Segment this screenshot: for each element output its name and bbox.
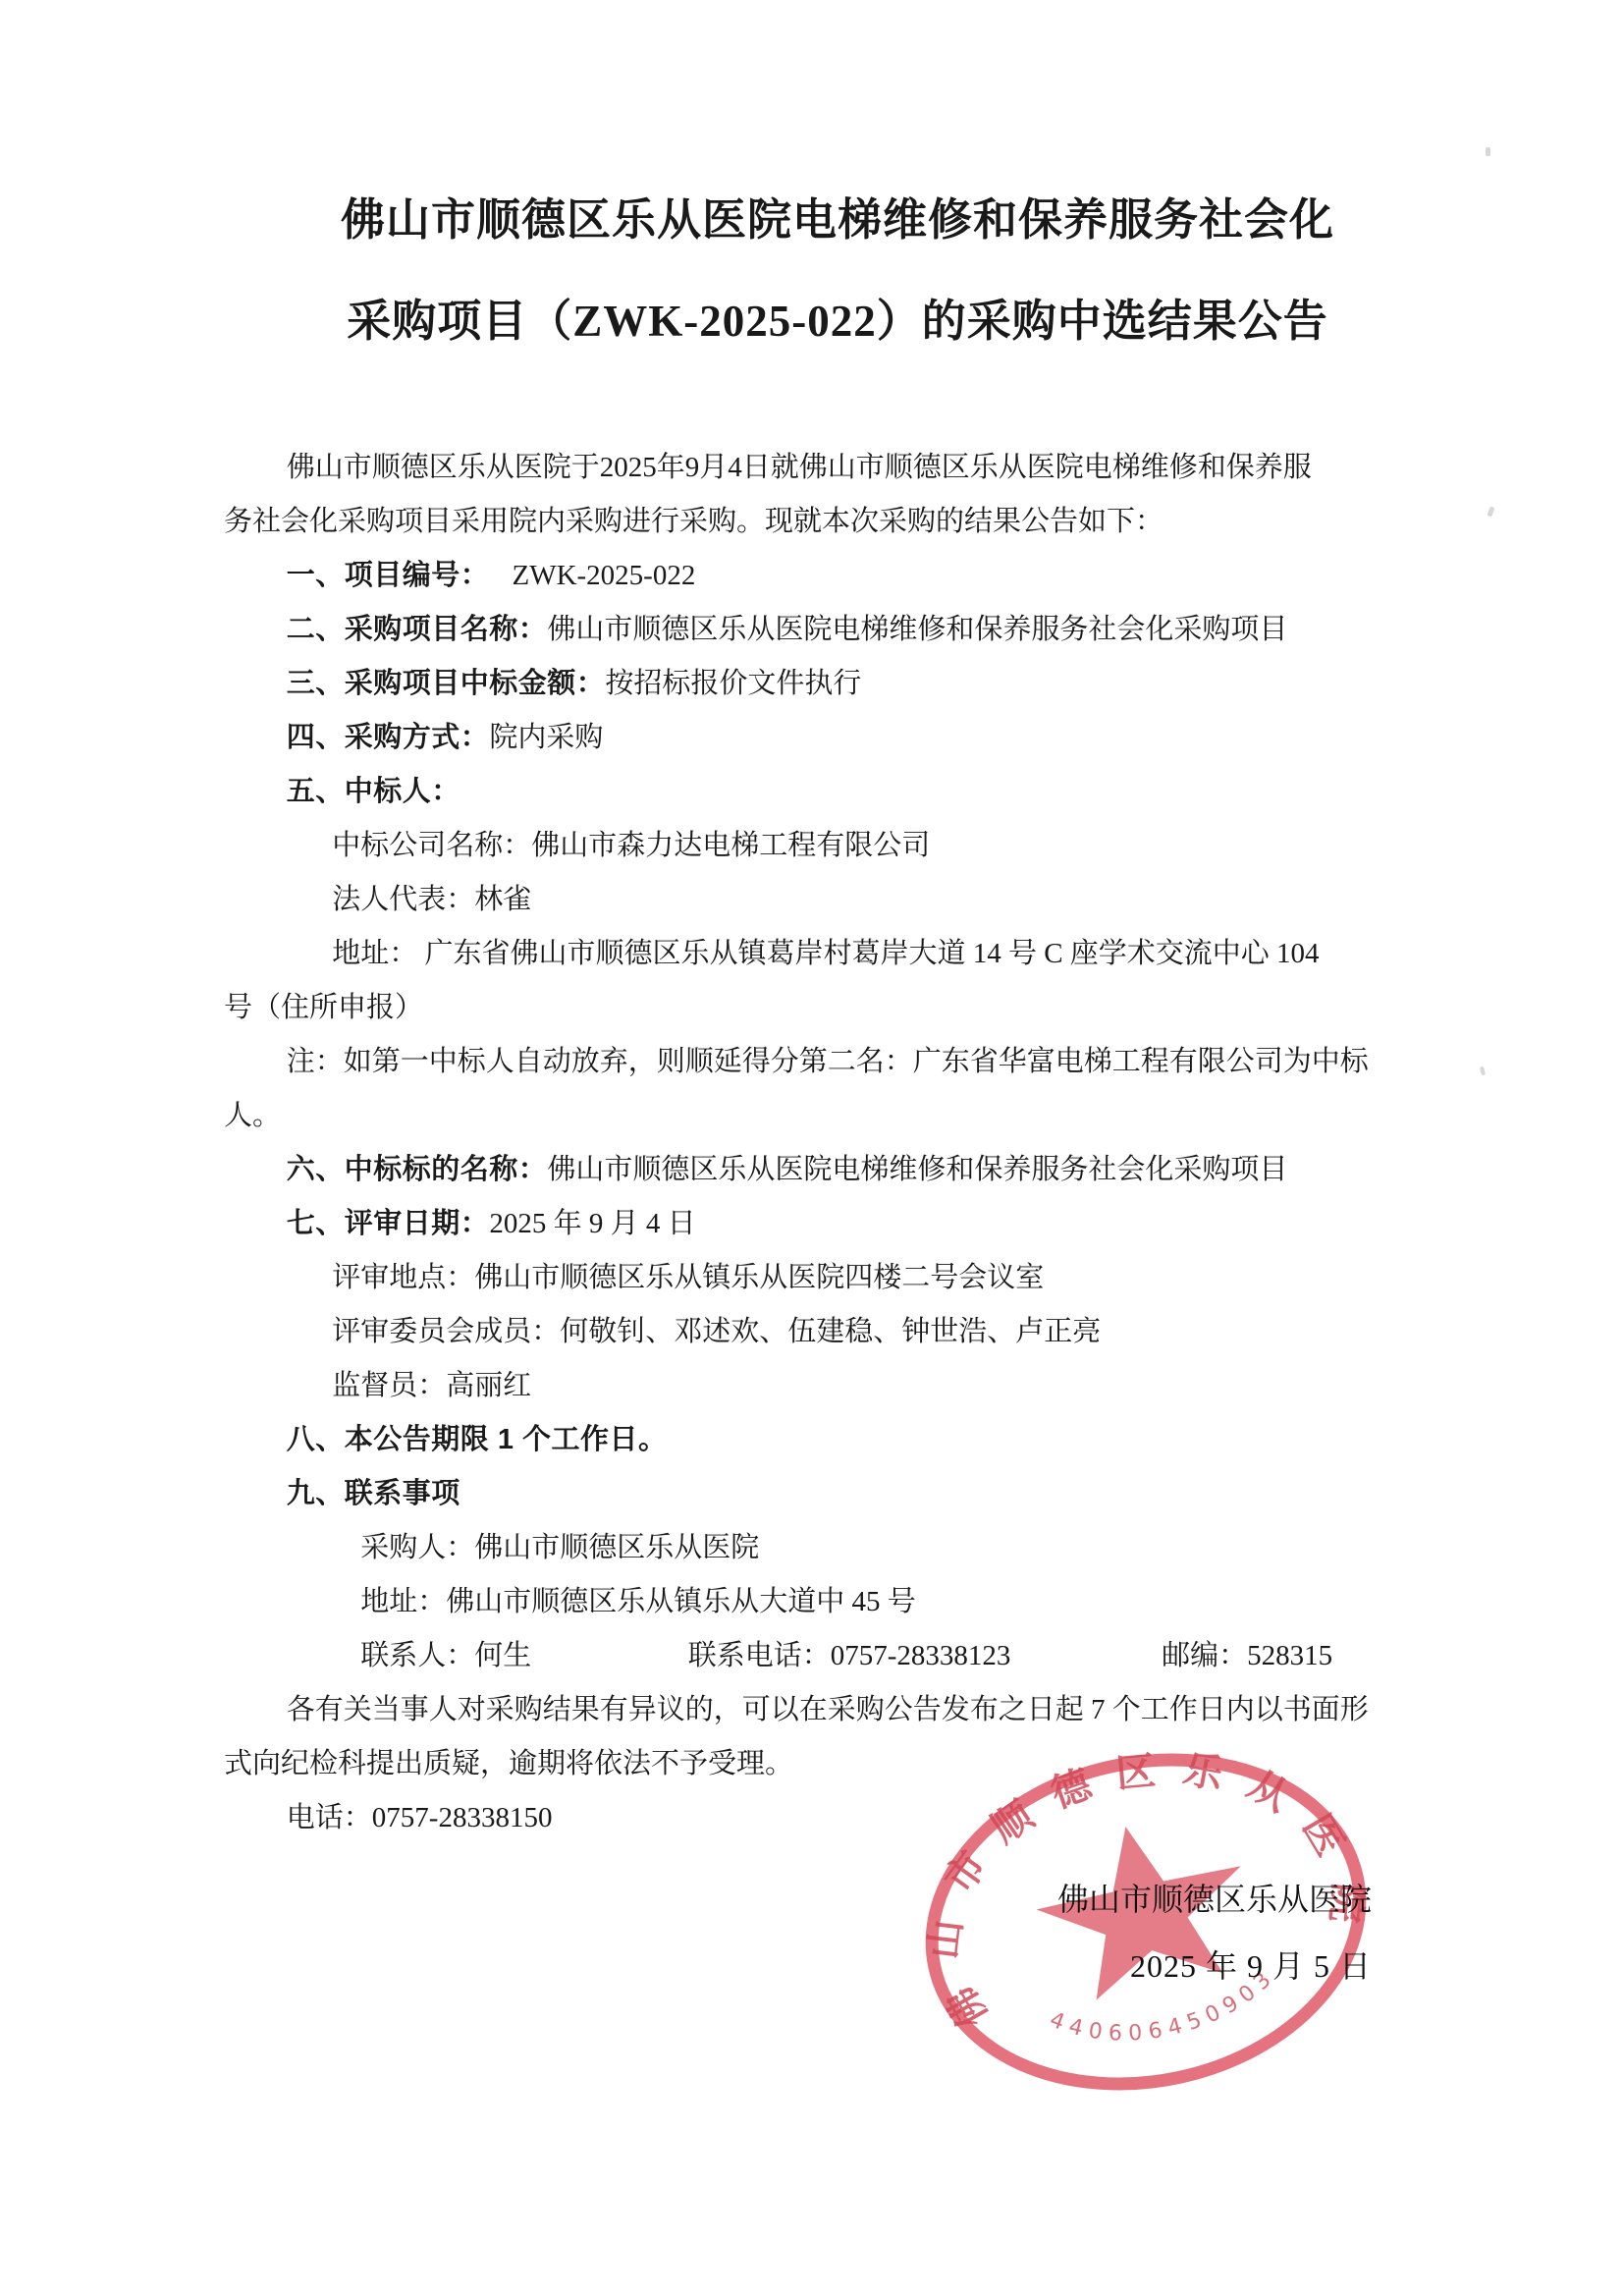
field-value: 按招标报价文件执行 [605,668,861,699]
doc-line: 务社会化采购项目采用院内采购进行采购。现就本次采购的结果公告如下： [224,495,1451,549]
field-value: 法人代表：林雀 [332,884,531,915]
field-value: 电话：0757-28338150 [287,1802,553,1833]
field-value: 注：如第一中标人自动放弃，则顺延得分第二名：广东省华富电梯工程有限公司为中标 [287,1046,1369,1077]
doc-line: 号（住所申报） [224,981,1451,1035]
document-page: 佛山市顺德区乐从医院电梯维修和保养服务社会化 采购项目（ZWK-2025-022… [0,0,1623,2296]
field-value: 佛山市顺德区乐从医院电梯维修和保养服务社会化采购项目 [547,614,1287,645]
doc-line: 地址： 广东省佛山市顺德区乐从镇葛岸村葛岸大道 14 号 C 座学术交流中心 1… [224,927,1451,981]
field-value: 号（住所申报） [224,992,423,1023]
field-value: 联系人：何生 [360,1640,531,1671]
field-value: 评审委员会成员：何敬钊、邓述欢、伍建稳、钟世浩、卢正亮 [332,1316,1101,1347]
field-value: 邮编：528315 [1162,1640,1332,1671]
signature-org: 佛山市顺德区乐从医院 [1057,1882,1372,1917]
field-label: 四、采购方式： [287,722,490,753]
document-body: 佛山市顺德区乐从医院于2025年9月4日就佛山市顺德区乐从医院电梯维修和保养服务… [224,441,1451,1845]
doc-line: 七、评审日期：2025 年 9 月 4 日 [224,1197,1451,1251]
doc-line: 四、采购方式：院内采购 [224,711,1451,765]
doc-line: 中标公司名称：佛山市森力达电梯工程有限公司 [224,819,1451,873]
scan-artifact [1487,506,1494,517]
field-label: 二、采购项目名称： [287,614,548,645]
doc-line: 人。 [224,1089,1451,1143]
field-label: 六、中标标的名称： [287,1154,548,1185]
field-label: 一、项目编号： [287,560,490,591]
signature-block: 佛山市顺德区乐从医院 2025 年 9 月 5 日 [1057,1882,1372,1984]
scan-artifact [1486,147,1490,156]
field-value: ZWK-2025-022 [513,560,696,591]
field-value: 务社会化采购项目采用院内采购进行采购。现就本次采购的结果公告如下： [224,506,1163,537]
doc-line: 地址：佛山市顺德区乐从镇乐从大道中 45 号 [224,1575,1451,1629]
doc-line: 一、项目编号：ZWK-2025-022 [224,549,1451,603]
signature-date: 2025 年 9 月 5 日 [1057,1948,1372,1984]
doc-line: 评审委员会成员：何敬钊、邓述欢、伍建稳、钟世浩、卢正亮 [224,1305,1451,1359]
field-value: 佛山市顺德区乐从医院电梯维修和保养服务社会化采购项目 [547,1154,1287,1185]
doc-line: 佛山市顺德区乐从医院于2025年9月4日就佛山市顺德区乐从医院电梯维修和保养服 [224,441,1451,495]
doc-line: 采购人：佛山市顺德区乐从医院 [224,1521,1451,1575]
field-label: 七、评审日期： [287,1208,490,1239]
field-value: 式向纪检科提出质疑，逾期将依法不予受理。 [224,1748,793,1779]
doc-line: 监督员：高丽红 [224,1359,1451,1413]
field-value: 人。 [224,1100,281,1131]
doc-line: 三、采购项目中标金额：按招标报价文件执行 [224,657,1451,711]
document-title-line-2: 采购项目（ZWK-2025-022）的采购中选结果公告 [224,293,1451,350]
doc-line: 六、中标标的名称：佛山市顺德区乐从医院电梯维修和保养服务社会化采购项目 [224,1143,1451,1197]
doc-line: 法人代表：林雀 [224,873,1451,927]
doc-line: 评审地点：佛山市顺德区乐从镇乐从医院四楼二号会议室 [224,1251,1451,1305]
field-value: 2025 年 9 月 4 日 [489,1208,695,1239]
field-value: 联系电话：0757-28338123 [688,1640,1011,1671]
field-value: 院内采购 [489,722,603,753]
field-value: 评审地点：佛山市顺德区乐从镇乐从医院四楼二号会议室 [332,1262,1044,1293]
field-value: 地址： 广东省佛山市顺德区乐从镇葛岸村葛岸大道 14 号 C 座学术交流中心 1… [332,938,1319,969]
field-value: 各有关当事人对采购结果有异议的，可以在采购公告发布之日起 7 个工作日内以书面形 [287,1694,1369,1725]
field-value: 中标公司名称：佛山市森力达电梯工程有限公司 [332,830,930,861]
doc-line: 九、联系事项 [224,1467,1451,1521]
doc-line: 联系人：何生联系电话：0757-28338123邮编：528315 [224,1629,1451,1683]
document-title-line-1: 佛山市顺德区乐从医院电梯维修和保养服务社会化 [224,191,1451,248]
document-content: 佛山市顺德区乐从医院电梯维修和保养服务社会化 采购项目（ZWK-2025-022… [224,191,1451,1845]
field-label: 八、本公告期限 1 个工作日。 [287,1424,668,1455]
field-label: 五、中标人： [287,776,460,807]
doc-line: 八、本公告期限 1 个工作日。 [224,1413,1451,1467]
field-value: 地址：佛山市顺德区乐从镇乐从大道中 45 号 [360,1586,916,1617]
field-label: 三、采购项目中标金额： [287,668,606,699]
field-value: 采购人：佛山市顺德区乐从医院 [360,1532,759,1563]
doc-line: 二、采购项目名称：佛山市顺德区乐从医院电梯维修和保养服务社会化采购项目 [224,603,1451,657]
doc-line: 注：如第一中标人自动放弃，则顺延得分第二名：广东省华富电梯工程有限公司为中标 [224,1035,1451,1089]
field-value: 监督员：高丽红 [332,1370,531,1401]
field-label: 九、联系事项 [287,1478,460,1509]
scan-artifact [1480,1066,1486,1076]
field-value: 佛山市顺德区乐从医院于2025年9月4日就佛山市顺德区乐从医院电梯维修和保养服 [287,452,1312,483]
doc-line: 五、中标人： [224,765,1451,819]
